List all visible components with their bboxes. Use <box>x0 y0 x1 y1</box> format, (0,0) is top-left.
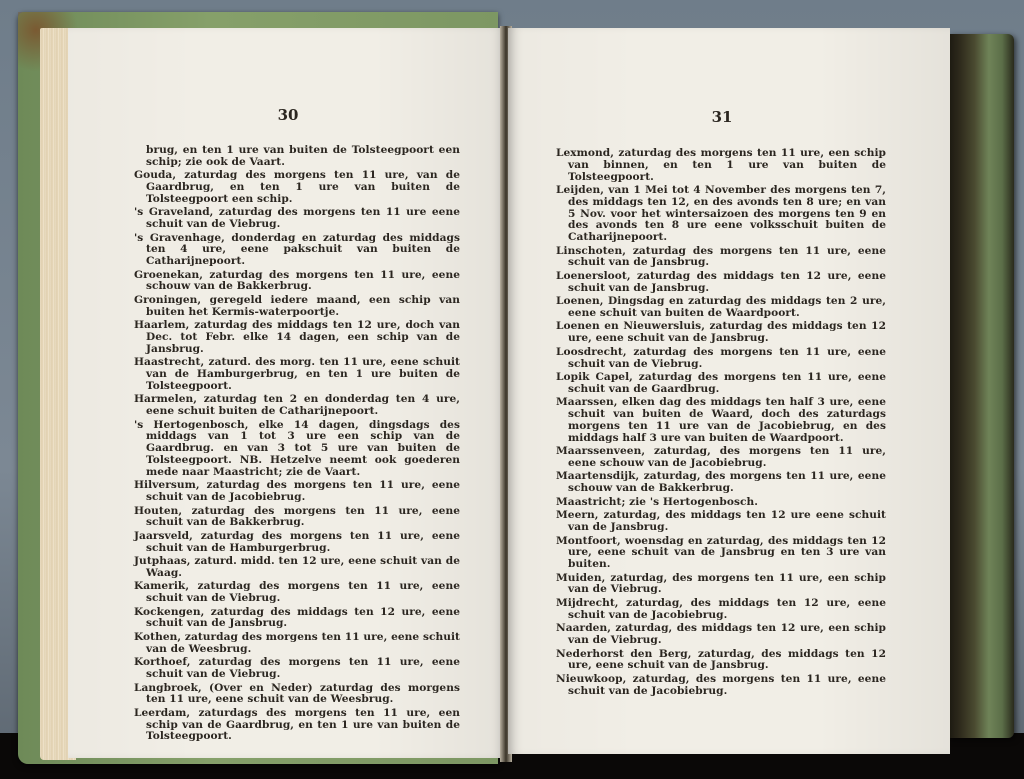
list-item: Lopik Capel, zaturdag des morgens ten 11… <box>556 372 886 396</box>
list-item: Nieuwkoop, zaturdag, des morgens ten 11 … <box>556 674 886 698</box>
list-item: Haastrecht, zaturd. des morg. ten 11 ure… <box>134 357 460 392</box>
list-item: Jutphaas, zaturd. midd. ten 12 ure, eene… <box>134 556 460 580</box>
page-number: 30 <box>258 106 318 124</box>
list-item: Lexmond, zaturdag des morgens ten 11 ure… <box>556 148 886 183</box>
list-item: Kockengen, zaturdag des middags ten 12 u… <box>134 607 460 631</box>
list-item: Nederhorst den Berg, zaturdag, des midda… <box>556 649 886 673</box>
list-item: Jaarsveld, zaturdag des morgens ten 11 u… <box>134 531 460 555</box>
entry-list: brug, en ten 1 ure van buiten de Tolstee… <box>134 145 460 745</box>
list-item: Naarden, zaturdag, des middags ten 12 ur… <box>556 623 886 647</box>
list-item: Montfoort, woensdag en zaturdag, des mid… <box>556 536 886 571</box>
list-item: Korthoef, zaturdag des morgens ten 11 ur… <box>134 657 460 681</box>
left-page: 30 brug, en ten 1 ure van buiten de Tols… <box>68 28 504 758</box>
right-page: 31 Lexmond, zaturdag des morgens ten 11 … <box>508 28 950 754</box>
list-item: Kamerik, zaturdag des morgens ten 11 ure… <box>134 581 460 605</box>
list-item: Groenekan, zaturdag des morgens ten 11 u… <box>134 270 460 294</box>
list-item: Langbroek, (Over en Neder) zaturdag des … <box>134 683 460 707</box>
list-item: Groningen, geregeld iedere maand, een sc… <box>134 295 460 319</box>
list-item: Loenen, Dingsdag en zaturdag des middags… <box>556 296 886 320</box>
list-item: Meern, zaturdag, des middags ten 12 ure … <box>556 510 886 534</box>
list-item: Houten, zaturdag des morgens ten 11 ure,… <box>134 506 460 530</box>
list-item: Maartensdijk, zaturdag, des morgens ten … <box>556 471 886 495</box>
list-item: Maarssen, elken dag des middags ten half… <box>556 397 886 444</box>
list-item: Linschoten, zaturdag des morgens ten 11 … <box>556 246 886 270</box>
list-item: Gouda, zaturdag des morgens ten 11 ure, … <box>134 170 460 205</box>
list-item: brug, en ten 1 ure van buiten de Tolstee… <box>134 145 460 169</box>
list-item: Harmelen, zaturdag ten 2 en donderdag te… <box>134 394 460 418</box>
list-item: Loosdrecht, zaturdag des morgens ten 11 … <box>556 347 886 371</box>
list-item: 's Gravenhage, donderdag en zaturdag des… <box>134 233 460 268</box>
list-item: Leerdam, zaturdags des morgens ten 11 ur… <box>134 708 460 743</box>
list-item: Mijdrecht, zaturdag, des middags ten 12 … <box>556 598 886 622</box>
list-item: Leijden, van 1 Mei tot 4 November des mo… <box>556 185 886 244</box>
list-item: 's Graveland, zaturdag des morgens ten 1… <box>134 207 460 231</box>
list-item: Loenersloot, zaturdag des middags ten 12… <box>556 271 886 295</box>
list-item: Hilversum, zaturdag des morgens ten 11 u… <box>134 480 460 504</box>
list-item: Kothen, zaturdag des morgens ten 11 ure,… <box>134 632 460 656</box>
list-item: Loenen en Nieuwersluis, zaturdag des mid… <box>556 321 886 345</box>
list-item: Haarlem, zaturdag des middags ten 12 ure… <box>134 320 460 355</box>
book-cover-right <box>948 34 1014 738</box>
page-number: 31 <box>692 108 752 126</box>
entry-list: Lexmond, zaturdag des morgens ten 11 ure… <box>556 148 886 699</box>
list-item: Maarssenveen, zaturdag, des morgens ten … <box>556 446 886 470</box>
list-item: 's Hertogenbosch, elke 14 dagen, dingsda… <box>134 420 460 479</box>
list-item: Maastricht; zie 's Hertogenbosch. <box>556 497 886 509</box>
list-item: Muiden, zaturdag, des morgens ten 11 ure… <box>556 573 886 597</box>
